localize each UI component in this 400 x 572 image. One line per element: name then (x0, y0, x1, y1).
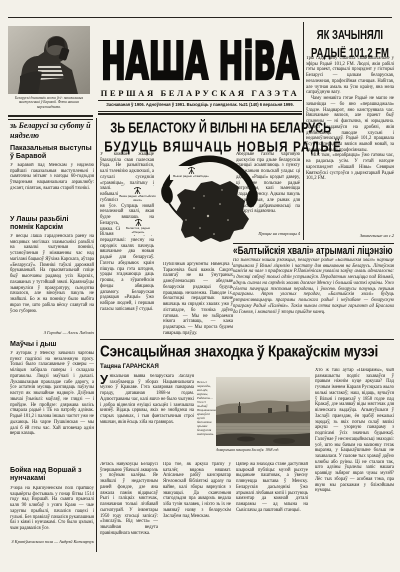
belarus-map-illustration (156, 146, 262, 260)
antenna-icon (135, 219, 142, 226)
painting-image (216, 377, 310, 446)
divider-vertical-sidebar (96, 118, 97, 552)
divider-thick-headline (98, 113, 302, 116)
radio101-continuation: Заканчэньне на с.2 (306, 233, 394, 238)
divider-sidebar-thin (8, 119, 93, 120)
front-photo-caption: Беларускі дэсантнік можа ўсё: паказальны… (8, 96, 90, 109)
krakow-lead: Унікальная выява беларускага Заслаўя зах… (100, 374, 194, 456)
front-photo (8, 26, 90, 94)
divider-sidebar-thick (8, 115, 93, 117)
antenna-icon (134, 187, 141, 194)
divider-subtitle (98, 100, 302, 101)
map-label-racyja: Беласток, радыё «Рацыя» (120, 218, 156, 235)
krakow-right-col: Хто ж такі аўтар «Панарамы», чый размашы… (315, 368, 394, 560)
sidebar-art4-body: Учора на Крапіўненскім полі прайшоў чаць… (10, 486, 94, 538)
sidebar-art4-title: Бойка над Воршай з нунчакамі (10, 467, 94, 482)
sidebar-art3-title: Маўчы і дыш (10, 341, 94, 349)
krakow-col-3: Цяпер жа знаходка стане даступнай шырока… (236, 462, 308, 558)
belarus-map-shape (176, 181, 249, 242)
dropcap-letter: У (100, 374, 108, 385)
soldier-photo-image (8, 26, 90, 94)
krakow-col-2: Пра тое, як аркуш трапіў у каталёг, вядо… (163, 462, 231, 558)
antenna-icon (188, 167, 195, 174)
masthead-dateline: Заснаваная ў 1906. Адноўленая ў 1991. Вы… (98, 102, 302, 107)
divider-top (8, 17, 392, 18)
masthead-logo: НАША НіВА (98, 20, 302, 86)
painting-side-caption: Вежы і параходы, касьцёл, карчмы, Радзів… (197, 380, 213, 436)
map-label-baltic-waves: Вежа радыё «Балтыйскія хвалі» (118, 186, 157, 203)
divider-dateline (98, 111, 302, 112)
sidebar-art1-body: У Баравой пад Менскам у нядзелю прайшлі … (10, 163, 94, 211)
krakow-col-1: Летась навукоўцы Беларусі ўпершыню ўбачы… (100, 462, 158, 558)
newspaper-page: Беларускі дэсантнік можа ўсё: паказальны… (0, 0, 400, 572)
baltic-body: Па зьвестках нашай рэдакцыі, беларускае … (233, 258, 394, 338)
lead-col-b: Публічныя аргумэнты Нямеціча і Тарасевіч… (163, 262, 233, 338)
krakow-byline: Тацяна ГАРАНСКАЯ (100, 364, 159, 370)
krakow-headline: Сэнсацыйная знаходка ў Кракаўскім музэі (100, 342, 378, 360)
sidebar-art1-title: Паказальныя выступы ў Баравой (10, 145, 94, 160)
sidebar-art2-title: У Лашы разьбілі помнік Карскім (10, 216, 94, 231)
zaslauje-panorama-painting (216, 377, 310, 446)
sidebar-header: зь Беларусі за суботу й нядзелю (10, 121, 94, 140)
sidebar-art2-body: У вёсцы Лаша Гарадзенскага раёну на мясц… (10, 234, 94, 329)
divider-krakow (100, 339, 394, 340)
radio101-headline: ЯК ЗАЧЫНЯЛІ РАДЫЁ 101,2 FM (305, 24, 395, 60)
svg-text:НАША НіВА: НАША НіВА (101, 32, 299, 86)
map-label-svaboda: Вышкі радыё «Свабода» (170, 166, 212, 180)
sidebar-art2-byline: З Гародні — Алесь Лабовіч (10, 330, 94, 335)
painting-caption: Акварэльная панарама Заслаўя. 1868 год. (216, 448, 310, 452)
sidebar-art4-byline: З Крапіўненскага поля — Андрэй Катлярчук (10, 539, 94, 544)
lead-col-a: У кожнае жыцьцё ўваходзіла свая палеская… (100, 152, 154, 337)
sidebar-art3-body: У аўторак у Менску зачынілі чарговы пунк… (10, 351, 94, 463)
masthead-subtitle: ПЕРШАЯ БЕЛАРУСКАЯ ГАЗЭТА (98, 88, 302, 98)
